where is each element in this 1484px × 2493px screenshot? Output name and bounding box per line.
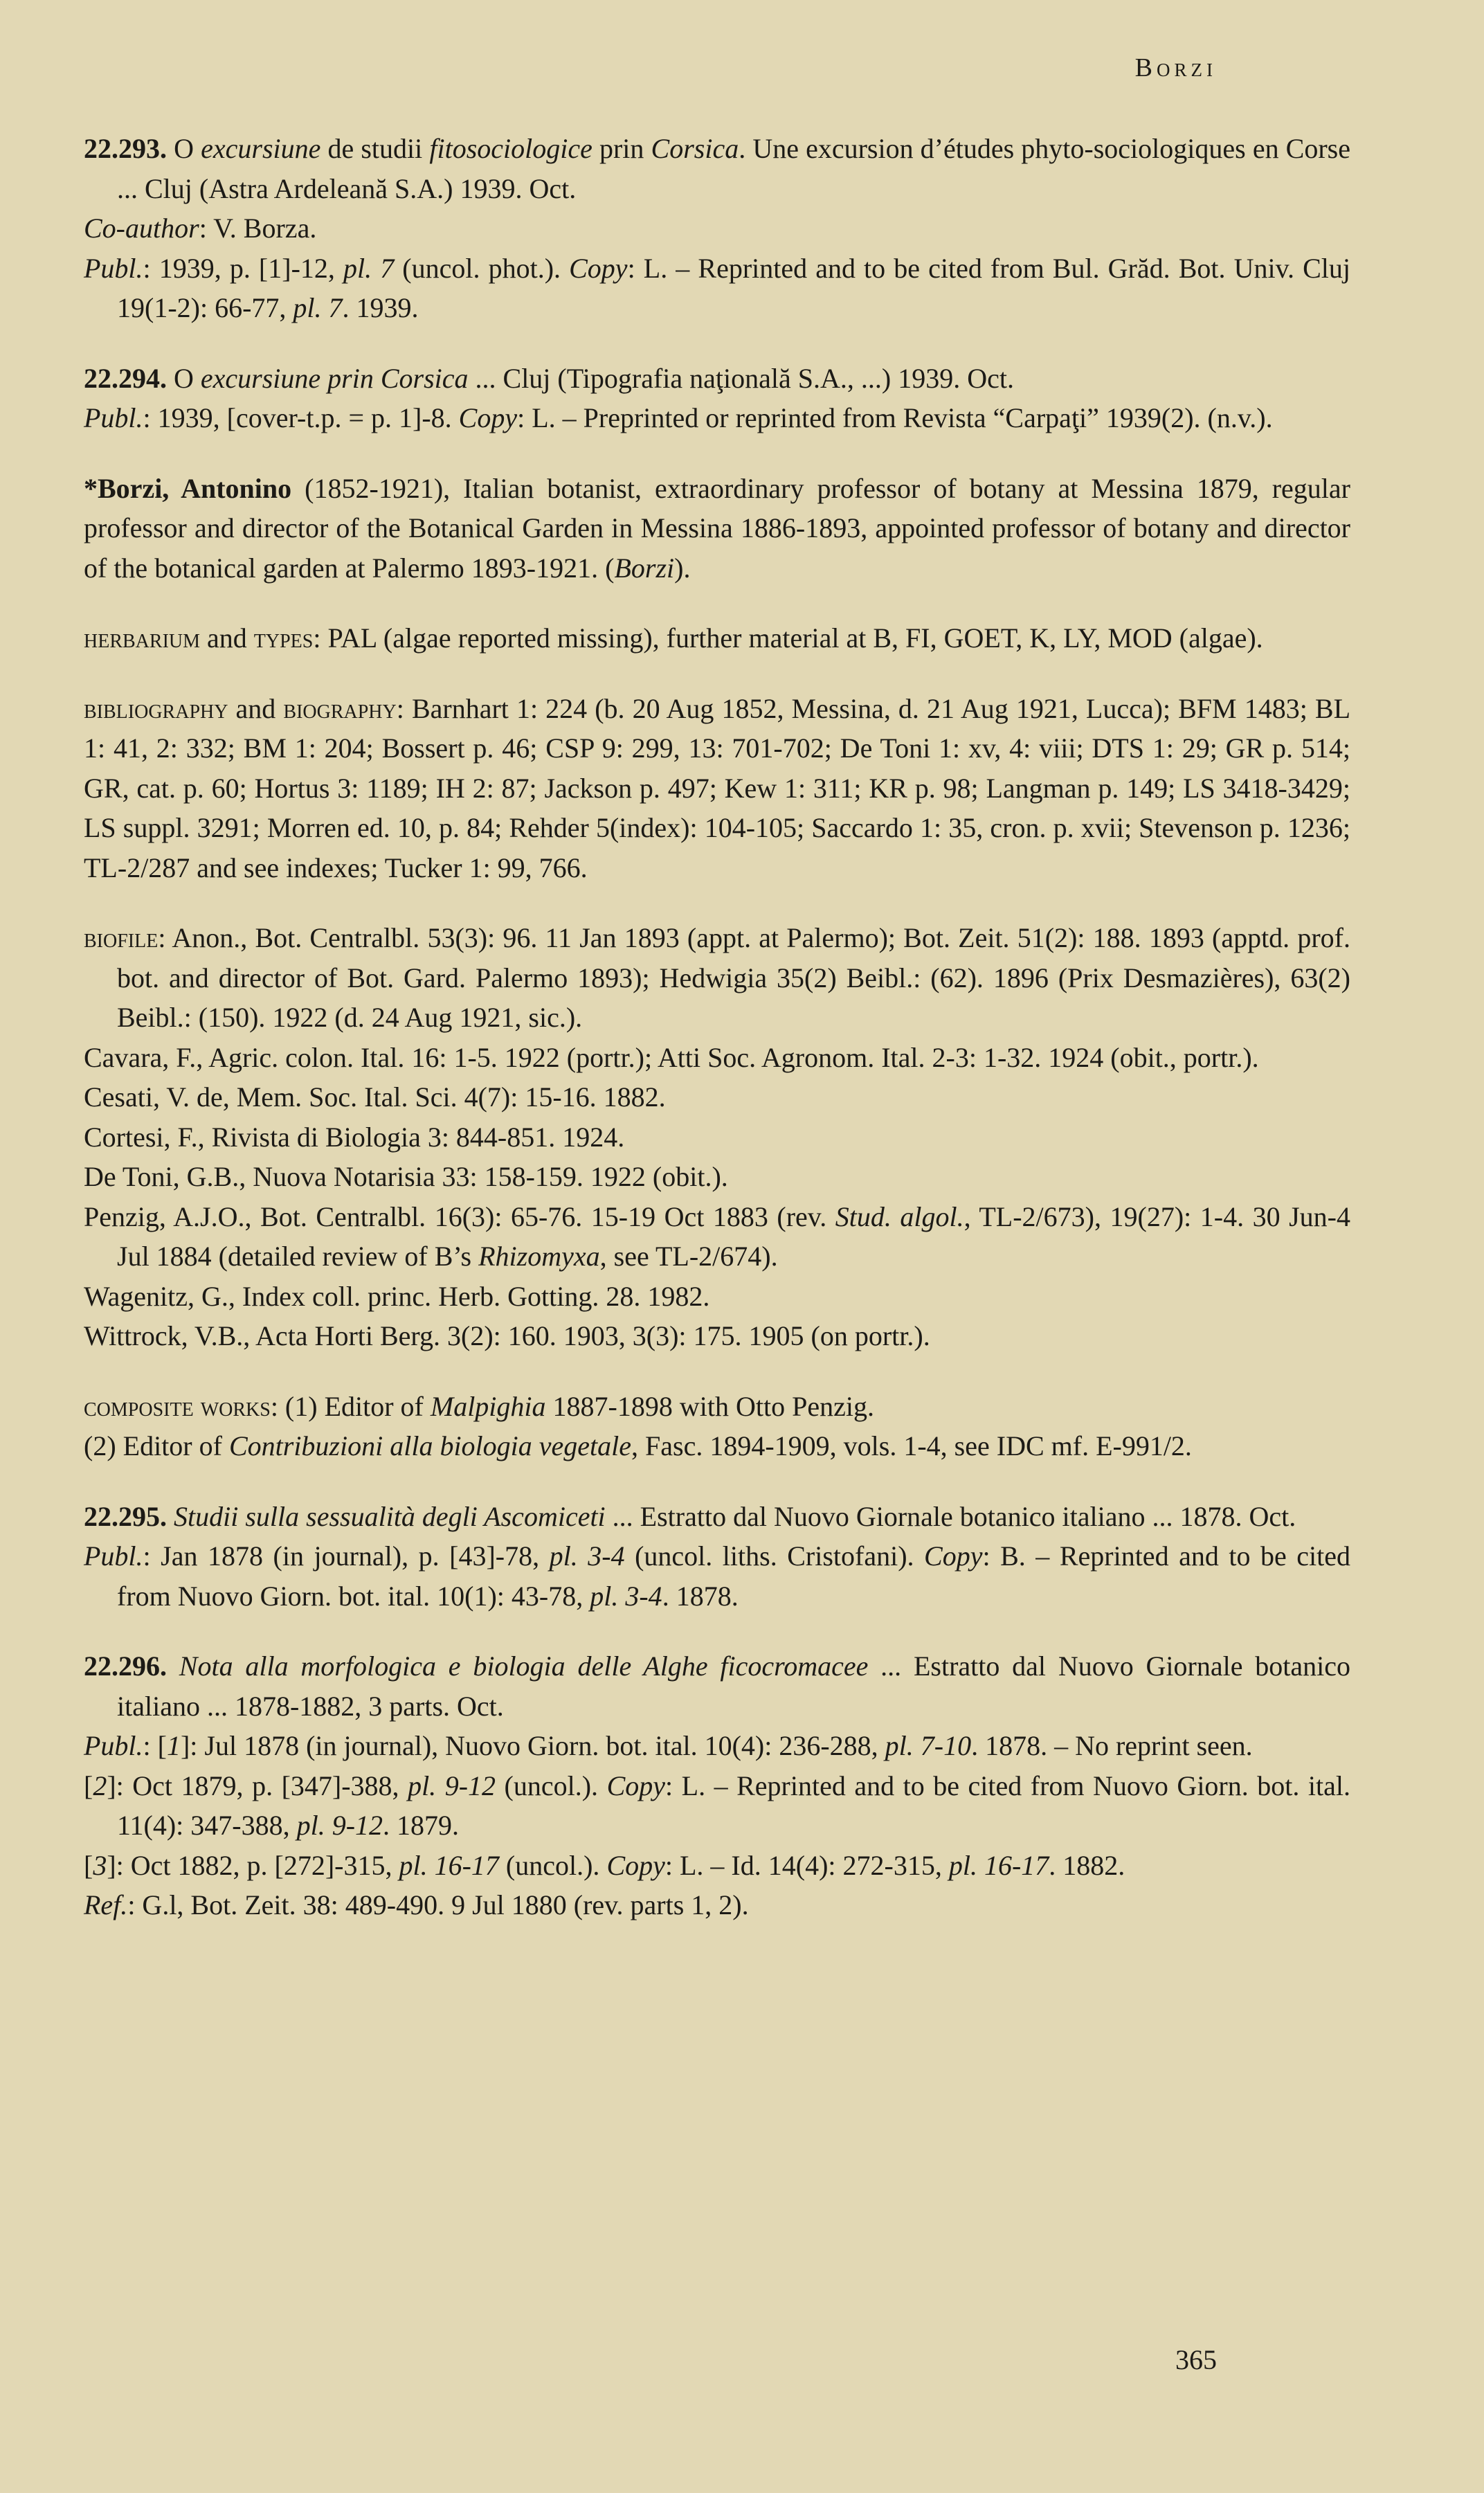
author-biography: *Borzi, Antonino (1852-1921), Italian bo…	[84, 469, 1350, 588]
herbarium-section: Herbarium and types: PAL (algae reported…	[84, 618, 1350, 658]
publication-part-3: [3]: Oct 1882, p. [272]-315, pl. 16-17 (…	[84, 1846, 1350, 1886]
entry-title: 22.294. O excursiune prin Corsica ... Cl…	[84, 359, 1350, 399]
composite-works-section: Composite works: (1) Editor of Malpighia…	[84, 1387, 1350, 1466]
running-head: Borzi	[1135, 48, 1217, 89]
bibliography-section: Bibliography and biography: Barnhart 1: …	[84, 689, 1350, 888]
entry-title: 22.295. Studii sulla sessualità degli As…	[84, 1497, 1350, 1537]
entry-22296: 22.296. Nota alla morfologica e biologia…	[84, 1646, 1350, 1925]
entry-22295: 22.295. Studii sulla sessualità degli As…	[84, 1497, 1350, 1617]
biofile-section: Biofile: Anon., Bot. Centralbl. 53(3): 9…	[84, 918, 1350, 1356]
entry-title: 22.293. O excursiune de studii fitosocio…	[84, 129, 1350, 208]
publication-line: Publ.: Jan 1878 (in journal), p. [43]-78…	[84, 1536, 1350, 1616]
entry-22293: 22.293. O excursiune de studii fitosocio…	[84, 129, 1350, 328]
publication-part-1: Publ.: [1]: Jul 1878 (in journal), Nuovo…	[84, 1726, 1350, 1766]
page-number: 365	[1175, 2340, 1217, 2380]
author-name: *Borzi, Antonino	[84, 473, 291, 504]
publication-line: Publ.: 1939, [cover-t.p. = p. 1]-8. Copy…	[84, 398, 1350, 438]
entry-number: 22.294.	[84, 363, 167, 394]
publication-part-2: [2]: Oct 1879, p. [347]-388, pl. 9-12 (u…	[84, 1766, 1350, 1846]
entry-number: 22.293.	[84, 133, 167, 164]
publication-line: Publ.: 1939, p. [1]-12, pl. 7 (uncol. ph…	[84, 249, 1350, 328]
reference-line: Ref.: G.l, Bot. Zeit. 38: 489-490. 9 Jul…	[84, 1885, 1350, 1925]
entry-title: 22.296. Nota alla morfologica e biologia…	[84, 1646, 1350, 1726]
coauthor-line: Co-author: V. Borza.	[84, 208, 1350, 249]
page-content: 22.293. O excursiune de studii fitosocio…	[84, 129, 1350, 1956]
entry-22294: 22.294. O excursiune prin Corsica ... Cl…	[84, 359, 1350, 438]
